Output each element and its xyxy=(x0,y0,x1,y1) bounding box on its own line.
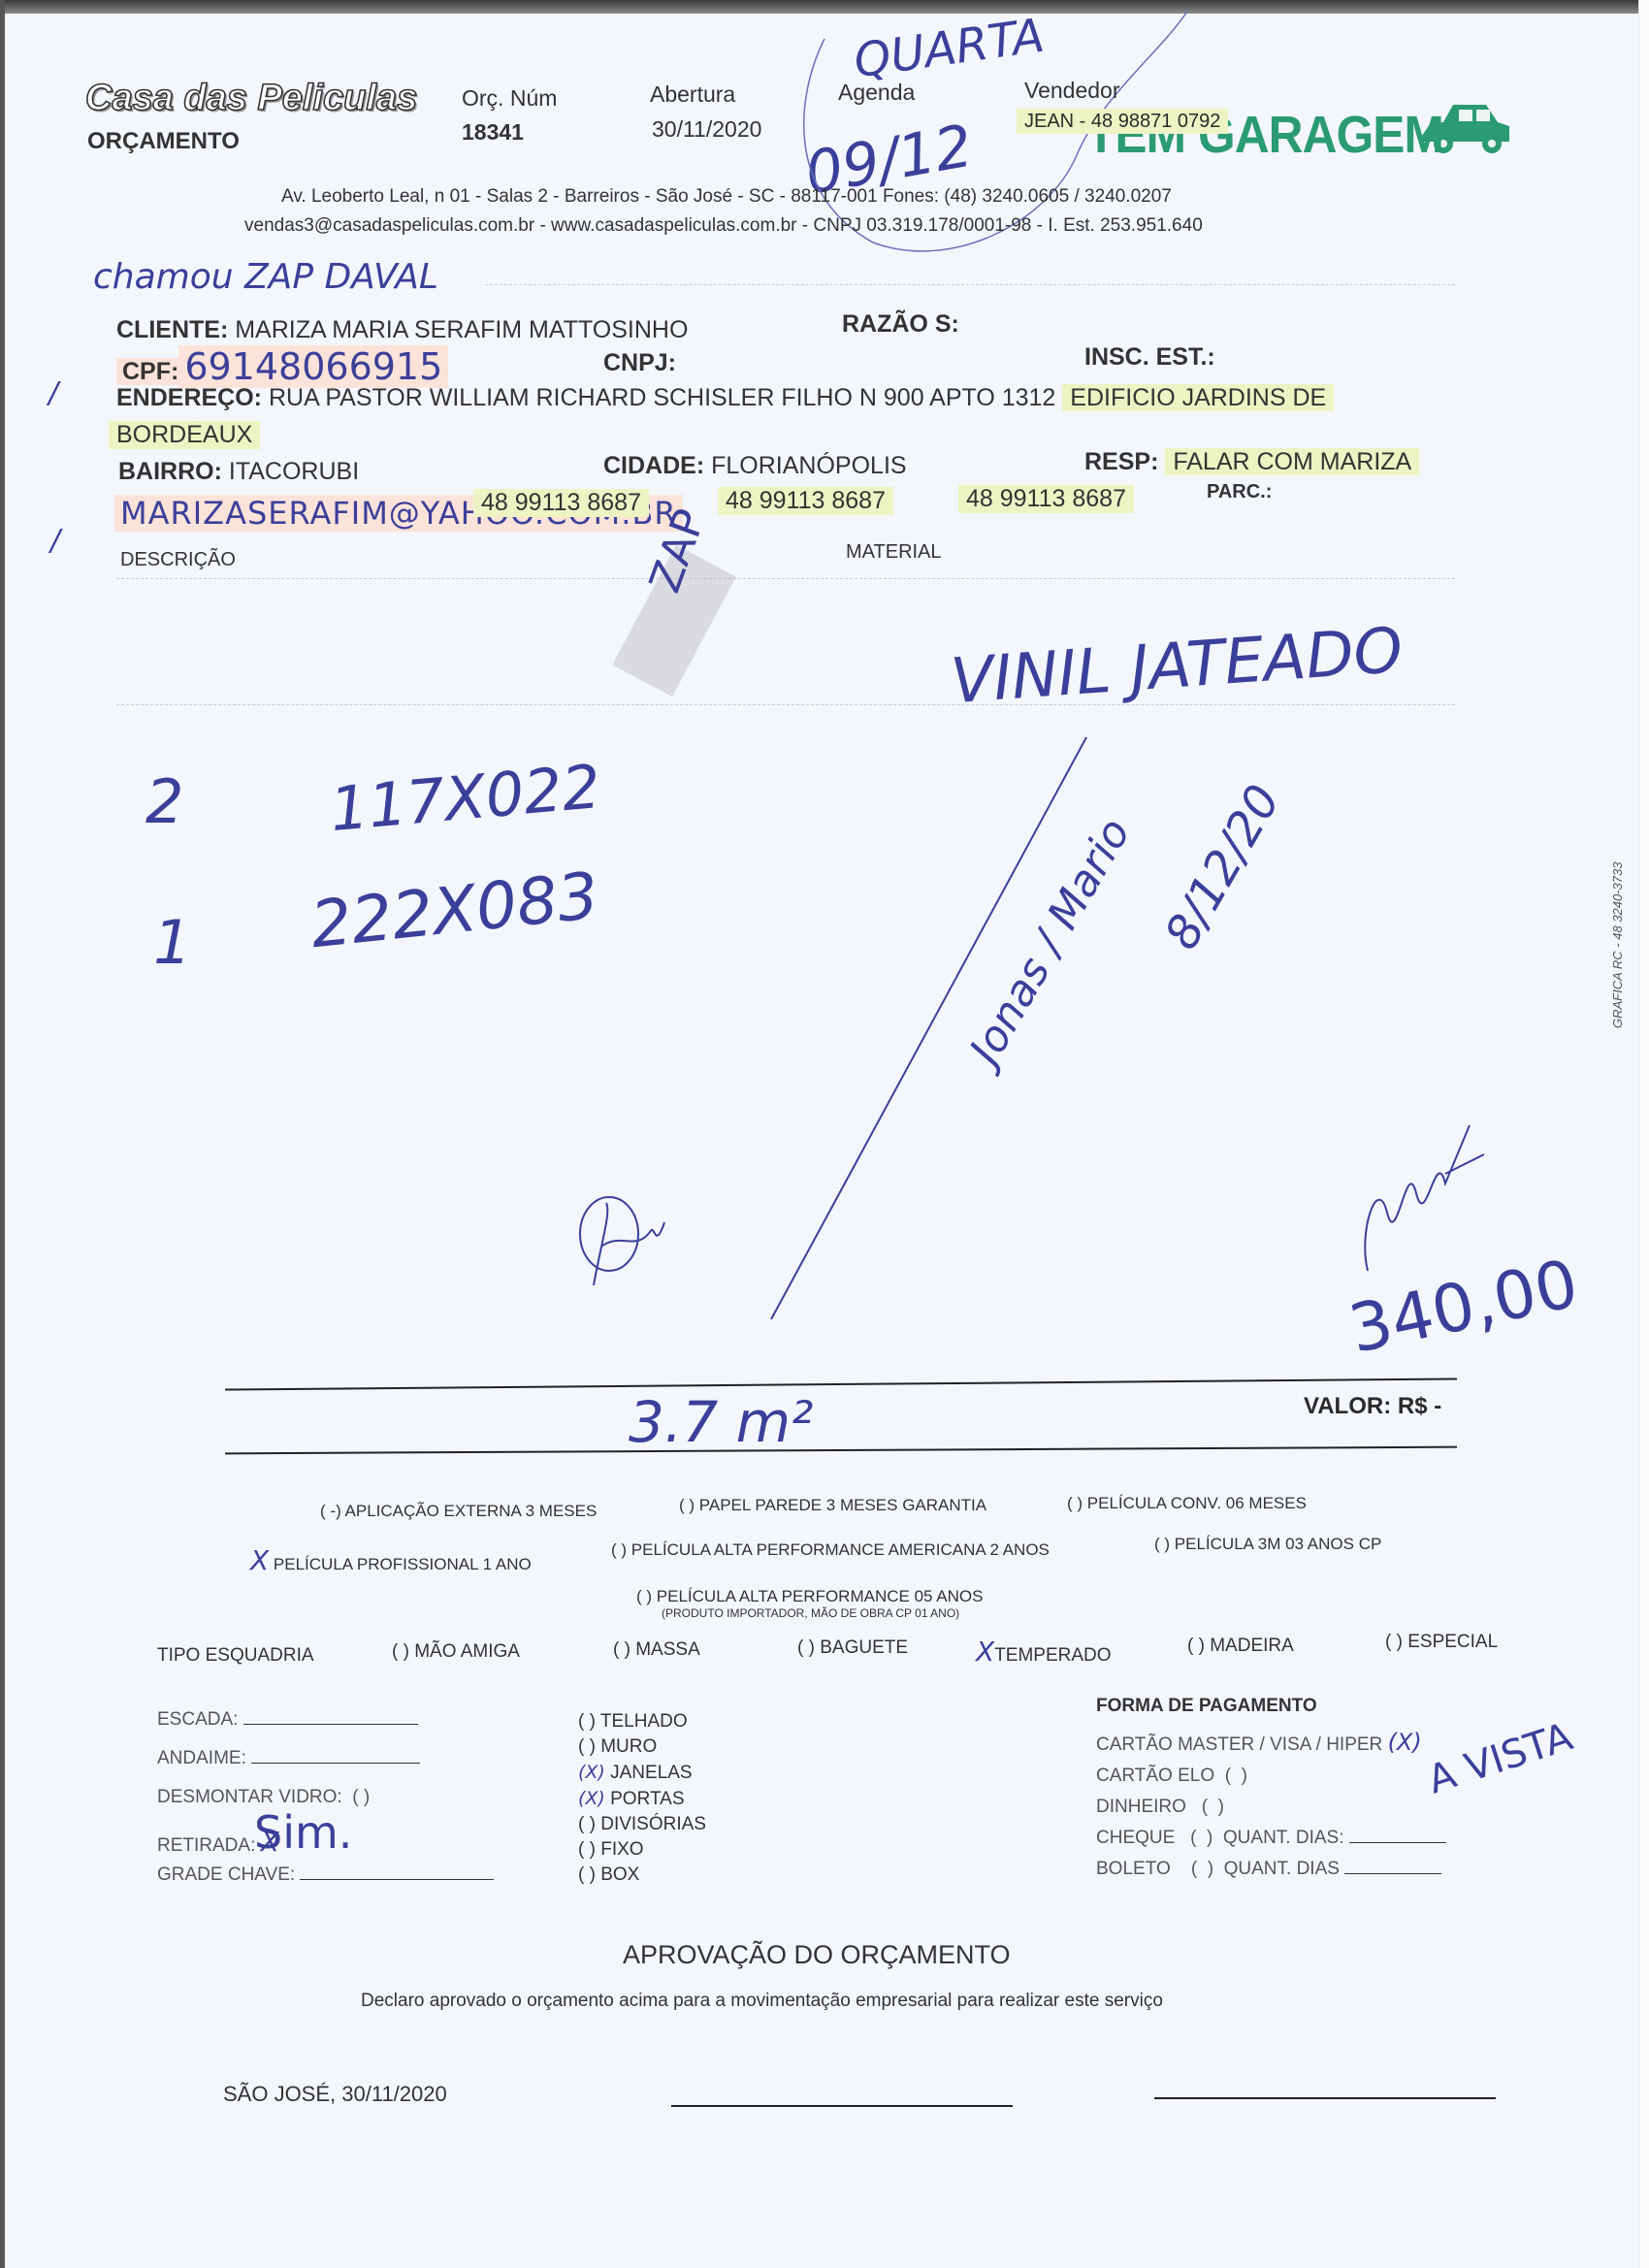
approval-text: Declaro aprovado o orçamento acima para … xyxy=(361,1991,1163,2012)
approval-title: APROVAÇÃO DO ORÇAMENTO xyxy=(623,1940,1011,1970)
divider xyxy=(485,284,1455,285)
esquadria-option-checked[interactable]: XTEMPERADO xyxy=(976,1636,1112,1668)
razao-label: RAZÃO S: xyxy=(842,310,959,339)
esquadria-option[interactable]: ( ) BAGUETE xyxy=(797,1637,908,1659)
signature-client xyxy=(572,1193,689,1300)
scan-edge-right xyxy=(1638,0,1649,2268)
phone-1: 48 99113 8687 xyxy=(473,489,649,517)
service-option[interactable]: ( -) APLICAÇÃO EXTERNA 3 MESES xyxy=(320,1502,597,1521)
payment-option-checked[interactable]: CARTÃO MASTER / VISA / HIPER (X) xyxy=(1096,1727,1446,1761)
cpf-value: 69148066915 xyxy=(178,345,448,388)
abertura-date: 30/11/2020 xyxy=(652,116,761,143)
payment-option[interactable]: BOLETO ( ) QUANT. DIAS xyxy=(1096,1854,1446,1885)
descricao-label: DESCRIÇÃO xyxy=(120,549,236,571)
orc-num-label: Orç. Núm xyxy=(462,85,557,112)
cnpj-label: CNPJ: xyxy=(603,349,676,377)
bairro-field: BAIRRO: ITACORUBI xyxy=(118,458,359,486)
phone-2: 48 99113 8687 xyxy=(718,487,893,515)
item-2-size: 222X083 xyxy=(307,859,602,963)
location-option-checked[interactable]: (X) JANELAS xyxy=(578,1760,706,1786)
service-option-checked[interactable]: X PELÍCULA PROFISSIONAL 1 ANO xyxy=(250,1544,532,1576)
doc-type: ORÇAMENTO xyxy=(87,128,240,155)
orc-num: 18341 xyxy=(462,119,524,146)
endereco-value: RUA PASTOR WILLIAM RICHARD SCHISLER FILH… xyxy=(269,384,1055,411)
esquadria-option[interactable]: ( ) MÃO AMIGA xyxy=(392,1641,520,1663)
divider xyxy=(225,1377,1457,1390)
esquadria-option[interactable]: ( ) MADEIRA xyxy=(1187,1636,1294,1657)
printer-credit: GRAFICA RC - 48 3240-3733 xyxy=(1610,862,1625,1028)
cpf-field: CPF:69148066915 xyxy=(116,345,448,388)
payment-option[interactable]: CARTÃO ELO ( ) xyxy=(1096,1761,1446,1792)
resp-field: RESP: FALAR COM MARIZA xyxy=(1084,448,1419,476)
signature-seller xyxy=(1358,1116,1494,1290)
company-logo: Casa das Peliculas xyxy=(85,78,417,119)
parc-label: PARC.: xyxy=(1207,481,1272,503)
abertura-label: Abertura xyxy=(650,81,735,108)
resp-label: RESP: xyxy=(1084,448,1158,475)
vendedor: JEAN - 48 98871 0792 xyxy=(1017,109,1228,134)
payment-list: CARTÃO MASTER / VISA / HIPER (X) CARTÃO … xyxy=(1096,1727,1446,1885)
company-address: Av. Leoberto Leal, n 01 - Salas 2 - Barr… xyxy=(281,186,1172,208)
company-contact: vendas3@casadaspeliculas.com.br - www.ca… xyxy=(244,215,1203,237)
service-option[interactable]: ( ) PELÍCULA 3M 03 ANOS CP xyxy=(1154,1535,1381,1554)
esquadria-label: TIPO ESQUADRIA xyxy=(157,1645,314,1667)
scan-edge-left xyxy=(0,0,5,2268)
insc-est-label: INSC. EST.: xyxy=(1084,343,1215,372)
service-option[interactable]: ( ) PELÍCULA CONV. 06 MESES xyxy=(1067,1494,1307,1513)
item-1-size: 117X022 xyxy=(327,751,602,845)
service-option[interactable]: ( ) PAPEL PAREDE 3 MESES GARANTIA xyxy=(679,1496,986,1515)
divider xyxy=(116,578,1455,579)
material-label: MATERIAL xyxy=(846,541,942,564)
location-option[interactable]: ( ) DIVISÓRIAS xyxy=(578,1812,706,1837)
payment-option[interactable]: CHEQUE ( ) QUANT. DIAS: xyxy=(1096,1823,1446,1854)
check-tick: / xyxy=(48,376,58,410)
check-tick: / xyxy=(50,524,60,558)
signature-line-company[interactable] xyxy=(1154,2097,1496,2099)
service-option[interactable]: ( ) PELÍCULA ALTA PERFORMANCE 05 ANOS xyxy=(636,1587,983,1606)
resp-value: FALAR COM MARIZA xyxy=(1165,448,1419,475)
endereco-label: ENDEREÇO: xyxy=(116,384,262,411)
payment-option[interactable]: DINHEIRO ( ) xyxy=(1096,1792,1446,1823)
cpf-label: CPF: xyxy=(116,358,178,385)
esquadria-option[interactable]: ( ) ESPECIAL xyxy=(1385,1632,1498,1653)
payment-title: FORMA DE PAGAMENTO xyxy=(1096,1696,1317,1717)
locations-list: ( ) TELHADO ( ) MURO (X) JANELAS (X) POR… xyxy=(578,1709,706,1888)
item-2-qty: 1 xyxy=(153,907,191,978)
location-option[interactable]: ( ) TELHADO xyxy=(578,1709,706,1734)
andaime-field[interactable]: ANDAIME: xyxy=(157,1748,420,1769)
bairro-value: ITACORUBI xyxy=(229,458,359,485)
valor-label: VALOR: R$ - xyxy=(1304,1393,1441,1420)
phone-3: 48 99113 8687 xyxy=(958,485,1134,513)
cliente-value: MARIZA MARIA SERAFIM MATTOSINHO xyxy=(235,316,688,343)
endereco-highlight: EDIFICIO JARDINS DE xyxy=(1062,384,1334,411)
area-handwritten: 3.7 m² xyxy=(629,1389,813,1455)
cliente-label: CLIENTE: xyxy=(116,316,228,343)
service-note: (PRODUTO IMPORTADOR, MÃO DE OBRA CP 01 A… xyxy=(662,1606,959,1620)
location-option-checked[interactable]: (X) PORTAS xyxy=(578,1786,706,1812)
vendedor-label: Vendedor xyxy=(1024,78,1119,104)
handwritten-note-zap: chamou ZAP DAVAL xyxy=(93,257,438,297)
cidade-field: CIDADE: FLORIANÓPOLIS xyxy=(603,452,907,480)
escada-field[interactable]: ESCADA: xyxy=(157,1709,418,1731)
grade-chave-field[interactable]: GRADE CHAVE: xyxy=(157,1864,494,1886)
location-option[interactable]: ( ) MURO xyxy=(578,1734,706,1760)
item-1-qty: 2 xyxy=(145,766,183,837)
retirada-handwritten: Sim. xyxy=(254,1806,352,1859)
endereco-line2: BORDEAUX xyxy=(109,421,260,449)
esquadria-option[interactable]: ( ) MASSA xyxy=(613,1639,700,1661)
service-option[interactable]: ( ) PELÍCULA ALTA PERFORMANCE AMERICANA … xyxy=(611,1540,1050,1560)
cliente-field: CLIENTE: MARIZA MARIA SERAFIM MATTOSINHO xyxy=(116,316,688,344)
endereco-field: ENDEREÇO: RUA PASTOR WILLIAM RICHARD SCH… xyxy=(116,384,1334,412)
material-handwritten: VINIL JATEADO xyxy=(949,615,1405,718)
cidade-value: FLORIANÓPOLIS xyxy=(711,452,906,479)
location-option[interactable]: ( ) BOX xyxy=(578,1863,706,1888)
cidade-label: CIDADE: xyxy=(603,452,704,479)
signature-line-client[interactable] xyxy=(671,2105,1013,2107)
cross-out-line xyxy=(766,737,1115,1339)
bairro-label: BAIRRO: xyxy=(118,458,222,485)
divider xyxy=(225,1446,1457,1455)
signoff-date: 8/12/20 xyxy=(1154,776,1291,958)
divider xyxy=(116,704,1455,705)
approval-place-date: SÃO JOSÉ, 30/11/2020 xyxy=(223,2082,447,2107)
location-option[interactable]: ( ) FIXO xyxy=(578,1837,706,1863)
desmontar-vidro-field[interactable]: DESMONTAR VIDRO: ( ) xyxy=(157,1787,370,1808)
